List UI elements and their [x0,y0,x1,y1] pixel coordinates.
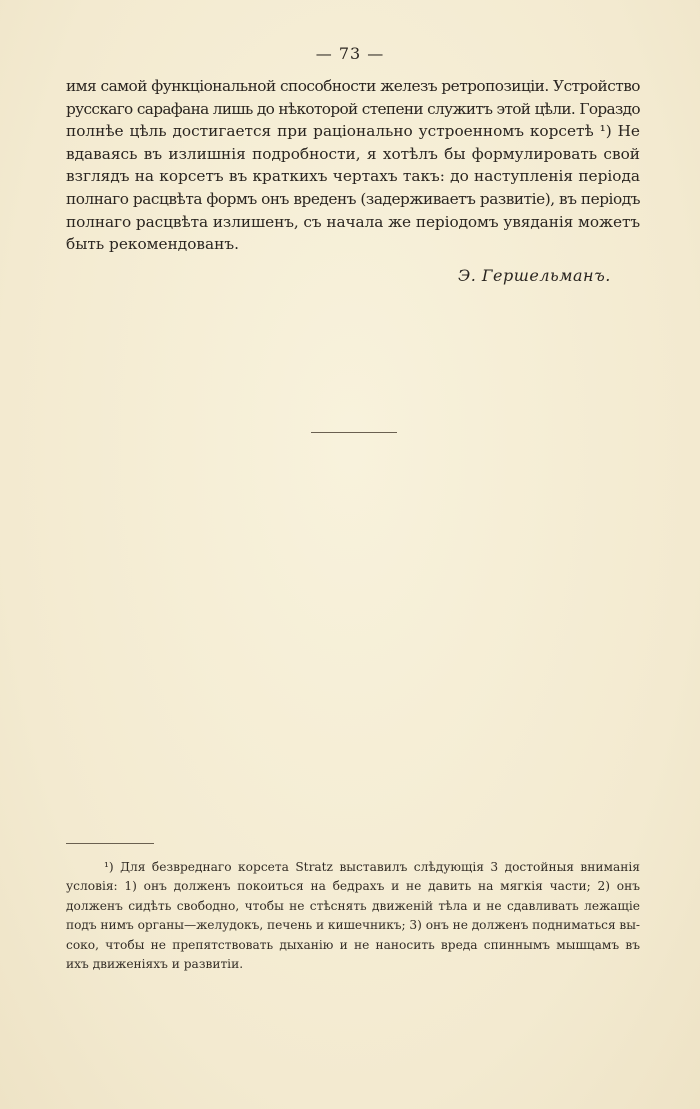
main-paragraph: имя самой функціональной способности жел… [66,75,640,256]
body-line: взглядъ на корсетъ въ краткихъ чертахъ т… [66,165,640,188]
page-number: — 73 — [0,44,700,63]
footnote-line: подъ нимъ органы—желудокъ, печень и кише… [66,916,640,935]
body-line: имя самой функціональной способности жел… [66,75,640,98]
footnote-line: соко, чтобы не препятствовать дыханію и … [66,936,640,955]
body-line: полнаго расцвѣта излишенъ, съ начала же … [66,211,640,234]
footnote-line: условія: 1) онъ долженъ покоиться на бед… [66,877,640,896]
section-divider [311,432,397,433]
footnote: ¹) Для безвреднаго корсета Stratz выстав… [66,858,640,974]
footnote-line: ихъ движеніяхъ и развитіи. [66,955,640,974]
footnote-rule [66,843,154,844]
body-line: быть рекомендованъ. [66,233,640,256]
footnote-line: долженъ сидѣть свободно, чтобы не стѣсня… [66,897,640,916]
footnote-line: ¹) Для безвреднаго корсета Stratz выстав… [66,858,640,877]
body-line: полнаго расцвѣта формъ онъ вреденъ (заде… [66,188,640,211]
author-signature: Э. Гершельманъ. [458,266,611,285]
body-line: вдаваясь въ излишнія подробности, я хотѣ… [66,143,640,166]
body-line: полнѣе цѣль достигается при раціонально … [66,120,640,143]
body-line: русскаго сарафана лишь до нѣкоторой степ… [66,98,640,121]
